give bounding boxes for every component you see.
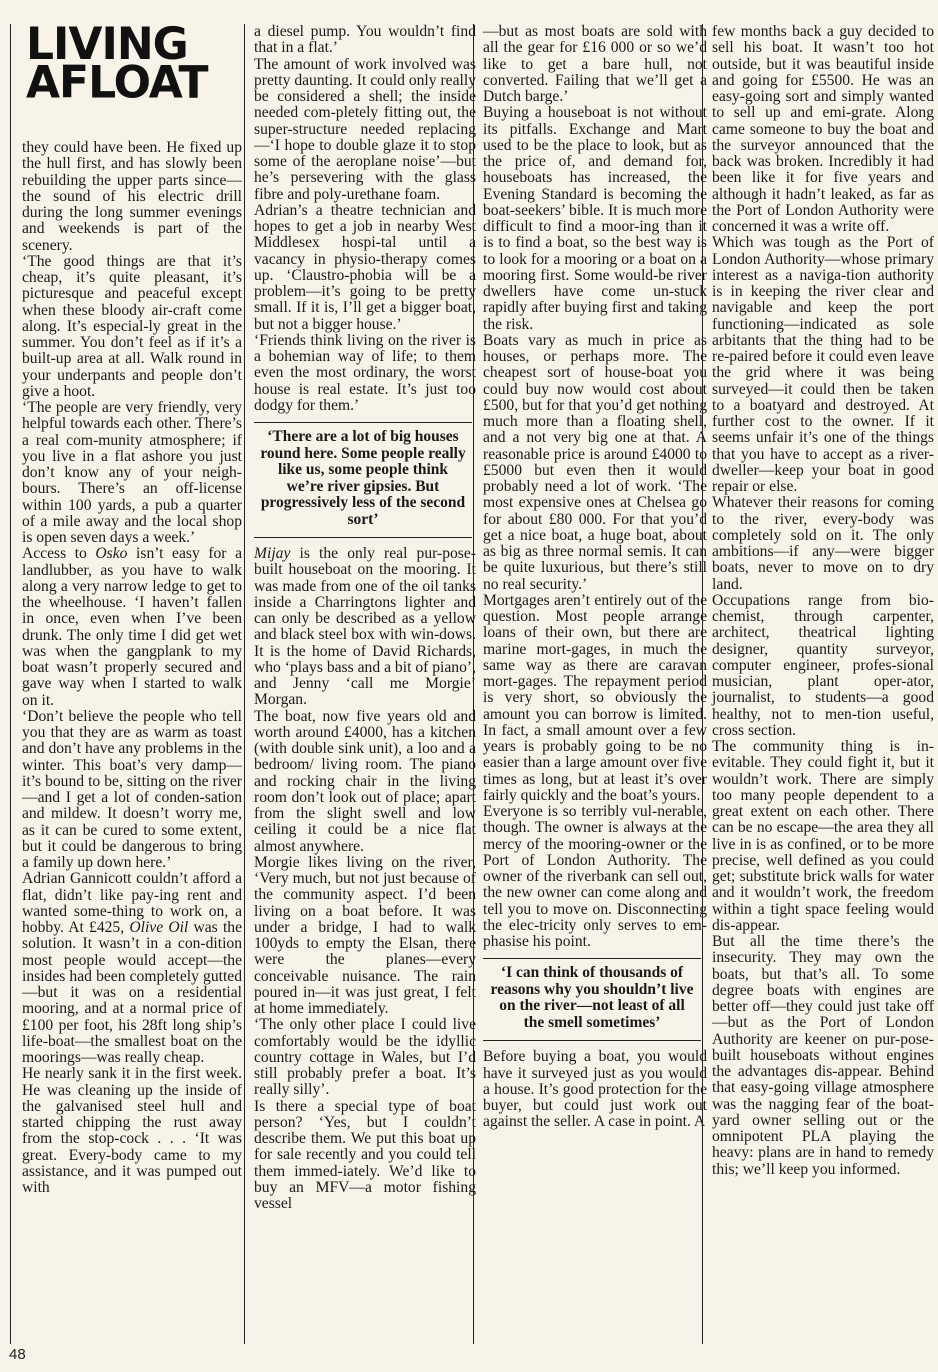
paragraph: a diesel pump. You wouldn’t find that in…	[254, 24, 476, 57]
paragraph: —but as most boats are sold with all the…	[483, 24, 707, 105]
pull-quote-smell: ‘I can think of thousands of reasons why…	[483, 958, 701, 1041]
paragraph: ‘The good things are that it’s cheap, it…	[22, 254, 242, 400]
paragraph: The amount of work involved was pretty d…	[254, 57, 476, 203]
paragraph: Mortgages aren’t entirely out of the que…	[483, 593, 707, 804]
paragraph: Everyone is so terribly vul-nerable, tho…	[483, 804, 707, 950]
paragraph: few months back a guy decided to sell hi…	[712, 24, 934, 235]
article-column-3: —but as most boats are sold with all the…	[473, 24, 707, 1344]
article-headline: Living Afloat	[26, 25, 242, 103]
page-number: 48	[9, 1346, 26, 1363]
paragraph: Before buying a boat, you would have it …	[483, 1049, 707, 1130]
article-column-4: few months back a guy decided to sell hi…	[702, 24, 934, 1344]
paragraph: ‘The people are very friendly, very help…	[22, 400, 242, 546]
paragraph: ‘Friends think living on the river is a …	[254, 333, 476, 414]
paragraph: Adrian’s a theatre technician and hopes …	[254, 203, 476, 333]
paragraph: The community thing is in-evitable. They…	[712, 739, 934, 934]
paragraph: Occupations range from bio-chemist, thro…	[712, 593, 934, 739]
paragraph: Which was tough as the Port of London Au…	[712, 235, 934, 495]
article-column-1: Living Afloat they could have been. He f…	[10, 24, 242, 1344]
paragraph: Access to Osko isn’t easy for a landlubb…	[22, 546, 242, 709]
paragraph: Whatever their reasons for coming to the…	[712, 495, 934, 593]
paragraph: ‘The only other place I could live comfo…	[254, 1017, 476, 1098]
pull-quote-river-gipsies: ‘There are a lot of big houses round her…	[254, 422, 472, 538]
paragraph: But all the time there’s the insecurity.…	[712, 934, 934, 1178]
paragraph: He nearly sank it in the first week. He …	[22, 1066, 242, 1196]
paragraph: The boat, now five years old and worth a…	[254, 709, 476, 855]
paragraph: Mijay is the only real pur-pose-built ho…	[254, 546, 476, 709]
paragraph: Morgie likes living on the river, ‘Very …	[254, 855, 476, 1018]
paragraph: Boats vary as much in price as houses, o…	[483, 333, 707, 593]
headline-line-2: Afloat	[26, 64, 242, 103]
article-column-2: a diesel pump. You wouldn’t find that in…	[244, 24, 476, 1344]
paragraph: Buying a houseboat is not without its pi…	[483, 105, 707, 333]
paragraph: they could have been. He fixed up the hu…	[22, 140, 242, 254]
paragraph: ‘Don’t believe the people who tell you t…	[22, 709, 242, 872]
paragraph: Is there a special type of boat person? …	[254, 1099, 476, 1213]
paragraph: Adrian Gannicott couldn’t afford a flat,…	[22, 871, 242, 1066]
